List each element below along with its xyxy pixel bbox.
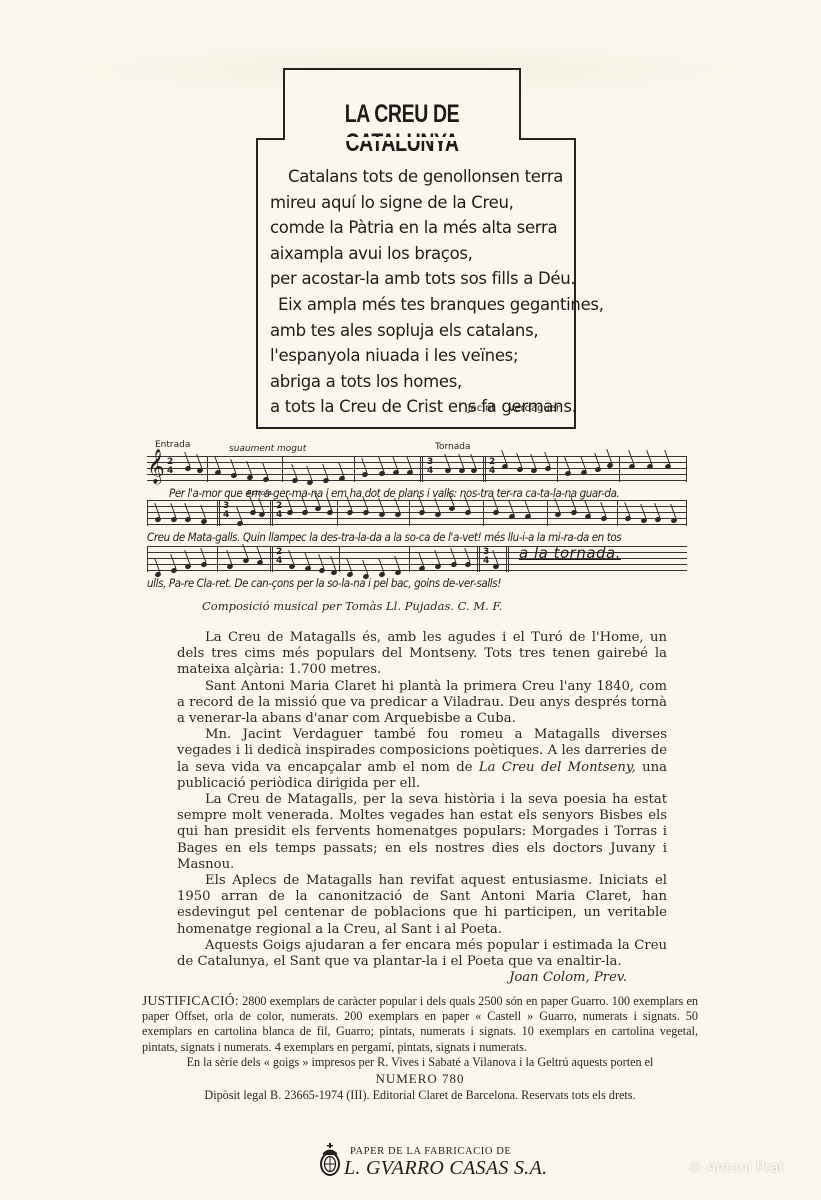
paragraph: Els Aplecs de Matagalls han revifat aque…: [177, 873, 667, 938]
verse: amb tes ales sopluja els catalans,: [270, 318, 568, 344]
lyrics-line-3: ulls, Pa-re Cla-ret. De can-çons per la …: [147, 576, 687, 590]
stanza-2: Eix ampla més tes branques gegantines, a…: [270, 292, 568, 420]
paragraph: La Creu de Matagalls és, amb les agudes …: [177, 630, 667, 679]
paragraph: Aquests Goigs ajudaran a fer encara més …: [177, 938, 667, 970]
maker-line-2: L. GVARRO CASAS S.A.: [344, 1157, 547, 1180]
goigs-page: LA CREU DE CATALUNYA Catalans tots de ge…: [0, 0, 821, 1200]
verse: Eix ampla més tes branques gegantines,: [270, 292, 568, 318]
treble-clef-icon: 𝄞: [147, 452, 165, 482]
lyrics-line-2: Creu de Mata-galls. Quin llampec la des-…: [147, 530, 687, 544]
verse: Catalans tots de genollonsen terra: [270, 164, 568, 190]
staff-3: 24 34 a la tornada.: [147, 544, 687, 570]
stanza-1: Catalans tots de genollonsen terra mireu…: [270, 164, 568, 292]
time-signature: 34: [427, 458, 433, 476]
time-signature: 24: [167, 458, 173, 476]
verse: l'espanyola niuada i les veïnes;: [270, 343, 568, 369]
poem-box: Catalans tots de genollonsen terra mireu…: [256, 138, 576, 429]
estrofa-label: Estrofa: [247, 489, 272, 497]
justification-label: JUSTIFICACIÓ:: [142, 993, 239, 1008]
time-signature: 24: [489, 458, 495, 476]
time-signature: 34: [223, 502, 229, 520]
time-signature: 24: [276, 548, 282, 566]
tempo-label: suaument mogut: [229, 444, 306, 454]
time-signature: 34: [483, 548, 489, 566]
copyright-watermark: © Antoni Prat: [688, 1160, 784, 1176]
colophon: JUSTIFICACIÓ: 2800 exemplars de caràcter…: [142, 993, 698, 1103]
legal-deposit: Dipòsit legal B. 23665-1974 (III). Edito…: [142, 1088, 698, 1103]
verse: mireu aquí lo signe de la Creu,: [270, 190, 568, 216]
verse: comde la Pàtria en la més alta serra: [270, 215, 568, 241]
composer-credit: Composició musical per Tomàs Ll. Pujadas…: [202, 599, 502, 613]
prose-body: La Creu de Matagalls és, amb les agudes …: [177, 630, 667, 986]
publication-title: La Creu del Montseny,: [479, 760, 636, 775]
verse: aixampla avui los braços,: [270, 241, 568, 267]
title-tab: LA CREU DE CATALUNYA: [283, 68, 521, 140]
time-signature: 24: [276, 502, 282, 520]
tornada-label: Tornada: [435, 442, 470, 452]
paragraph: Sant Antoni Maria Claret hi plantà la pr…: [177, 679, 667, 728]
end-marking: a la tornada.: [519, 544, 621, 562]
staff-2: Estrofa 34 24: [147, 498, 687, 524]
verse: abriga a tots los homes,: [270, 369, 568, 395]
music-score: Entrada suaument mogut Tornada 𝄞 24 34 2…: [147, 440, 687, 600]
frame-join: [285, 137, 519, 141]
paragraph: La Creu de Matagalls, per la seva històr…: [177, 792, 667, 873]
staff-1: 𝄞 24 34 24: [147, 454, 687, 480]
series-number: NUMERO 780: [142, 1071, 698, 1086]
crest-icon: [318, 1143, 342, 1177]
poem-title: LA CREU DE CATALUNYA: [311, 100, 494, 158]
paragraph: Mn. Jacint Verdaguer també fou romeu a M…: [177, 727, 667, 792]
prose-signature: Joan Colom, Prev.: [177, 970, 667, 986]
maker-line-1: PAPER DE LA FABRICACIO DE: [350, 1146, 511, 1157]
verse: per acostar-la amb tots sos fills a Déu.: [270, 266, 568, 292]
poem-author: Jacint Verdaguer: [468, 403, 560, 414]
paper-maker-mark: PAPER DE LA FABRICACIO DE L. GVARRO CASA…: [318, 1143, 518, 1183]
justification: JUSTIFICACIÓ: 2800 exemplars de caràcter…: [142, 993, 698, 1055]
series-line: En la sèrie dels « goigs » impresos per …: [142, 1055, 698, 1070]
